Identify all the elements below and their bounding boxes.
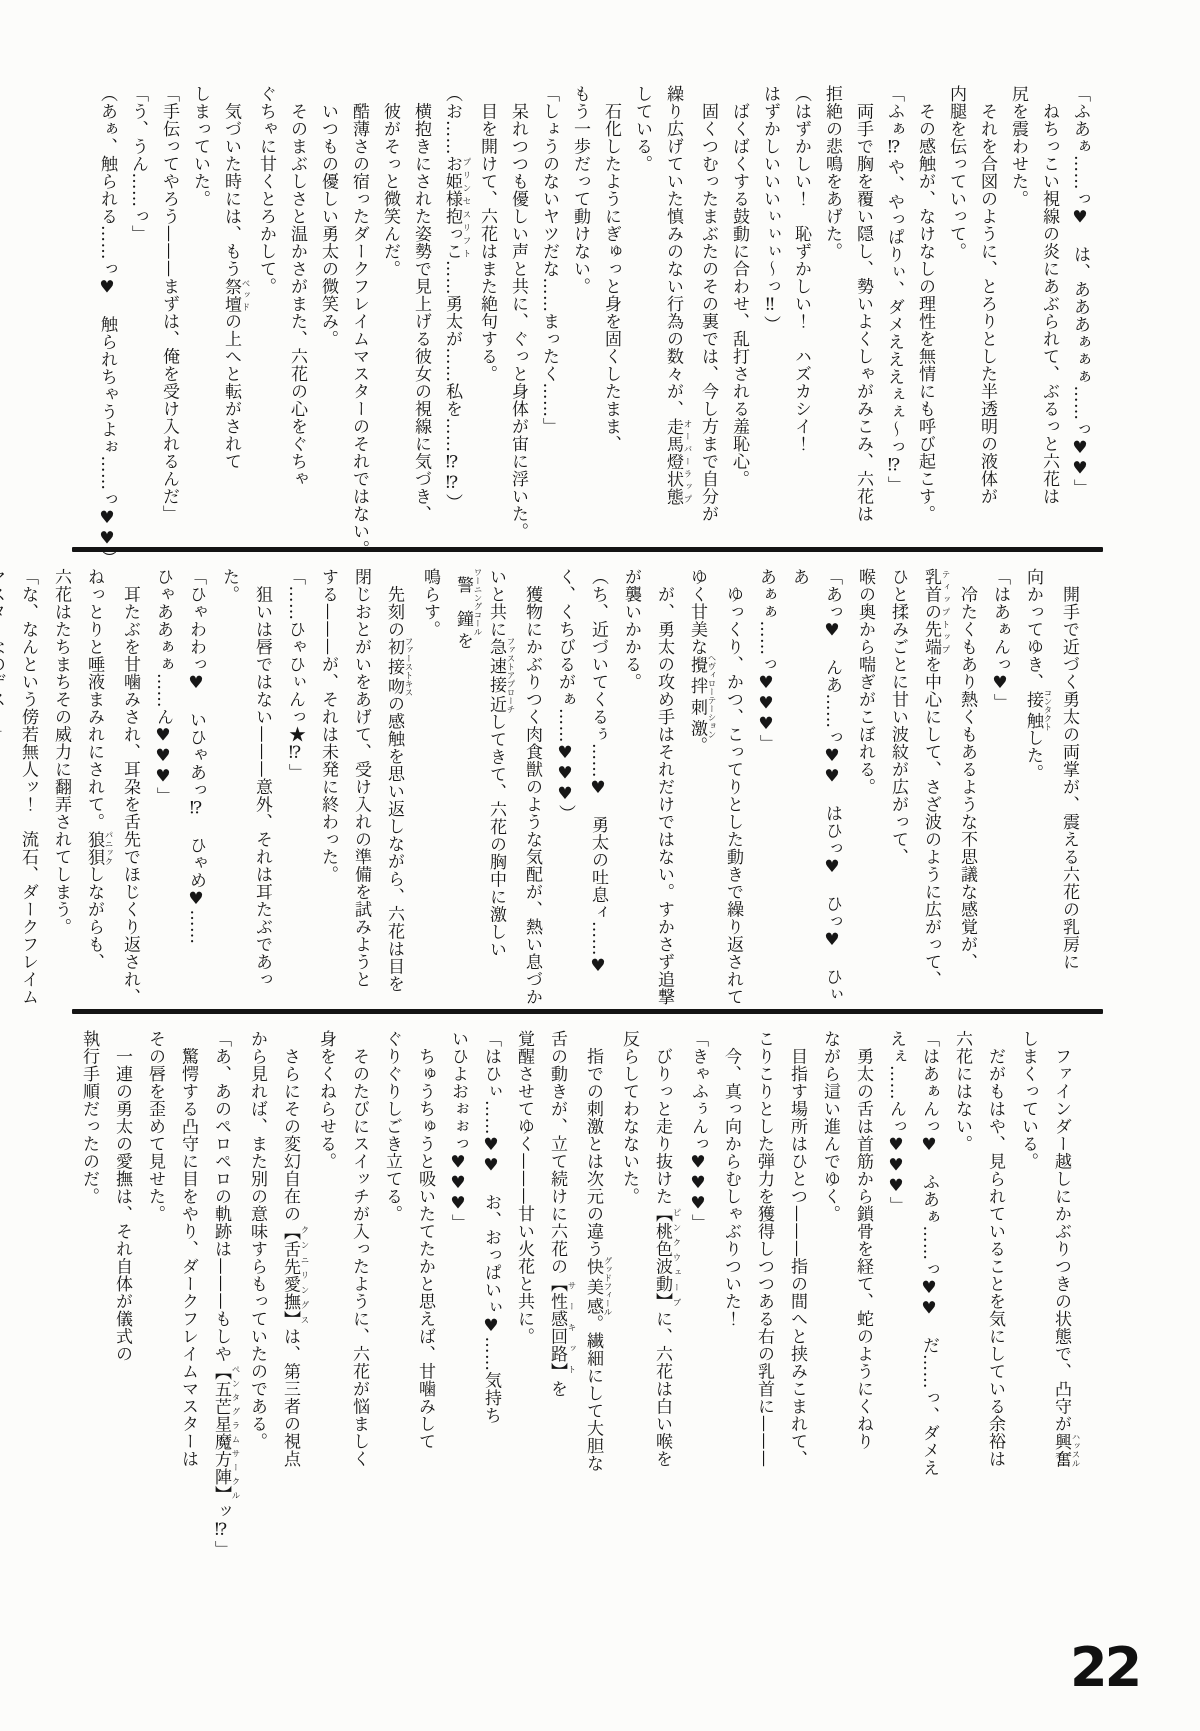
text-line: 横抱きにされた姿勢で見上げる彼女の視線に気づき、 bbox=[405, 85, 436, 567]
text-line: びりっと走り抜けた【桃色波動】ピンクウェーブに、六花は白い喉を bbox=[645, 1030, 681, 1560]
furigana-term: 【舌先愛撫】クンニリングス bbox=[280, 1223, 300, 1328]
text-line: 「しょうのないヤツだな……まったく……」 bbox=[533, 85, 564, 567]
text-line: 「はあぁんっ♥ ふあぁ……っ♥♥ だ……っ、ダメえ bbox=[912, 1030, 945, 1560]
furigana-term: 急速接近ファストアプローチ bbox=[486, 638, 506, 713]
text-line: く、くちびるがぁ……♥♥♥） bbox=[548, 568, 581, 1008]
text-line: 反らしてわなないた。 bbox=[612, 1030, 645, 1560]
text-line: （ち、近づいてくるぅ……♥ 勇太の吐息ィ……♥ bbox=[581, 568, 614, 1008]
text-line: はずかしいいいぃぃぃ～っ‼） bbox=[754, 85, 785, 567]
furigana-term: 乳首の先端ティップトップ bbox=[921, 568, 941, 656]
text-line: ファインダー越しにかぶりつきの状態で、凸守が興奮ハッスル bbox=[1044, 1030, 1080, 1560]
furigana-term: 祭壇ベッド bbox=[221, 278, 241, 313]
text-line: 目を開けて、六花はまた絶句する。 bbox=[471, 85, 502, 567]
text-line: もう一歩だって動けない。 bbox=[564, 85, 595, 567]
furigana-term: 走馬燈状態オーバーラップ bbox=[663, 418, 683, 506]
text-line: 向かってゆき、接触コンタクトした。 bbox=[1016, 568, 1052, 1008]
text-line: あぁぁ……っ♥♥♥」 bbox=[749, 568, 782, 1008]
text-line: ゆく甘美な攪拌刺激ヘヴィローテーション。 bbox=[680, 568, 716, 1008]
text-line: こりこりとした弾力を獲得しつつある右の乳首に——— bbox=[747, 1030, 780, 1560]
text-line: が、勇太の攻め手はそれだけではない。すかさず追撃 bbox=[647, 568, 680, 1008]
text-line: いと共に急速接近ファストアプローチしてきて、六花の胸中に激しい警鐘ワーニングコー… bbox=[446, 568, 515, 1008]
text-line: 舌の動きが、立て続けに六花の【性感回路】サーキットを bbox=[540, 1030, 576, 1560]
text-line: ねちっこい視線の炎にあぶられて、ぶるっと六花は bbox=[1033, 85, 1064, 567]
furigana-term: 狼狽パニック bbox=[84, 831, 104, 866]
text-line: えぇ……んっ♥♥♥」 bbox=[879, 1030, 912, 1560]
text-line: 尻を震わせた。 bbox=[1002, 85, 1033, 567]
text-line: 「あ、あのペロペロの軌跡は———もしや【五芒星魔方陣】ペンタグラムサークルッ⁉」 bbox=[204, 1030, 240, 1560]
text-line: 繰り広げていた慎みのない行為の数々が、走馬燈状態オーバーラップ bbox=[657, 85, 692, 567]
furigana-term: 快美感グッドフィール bbox=[583, 1258, 603, 1315]
text-line: 気づいた時には、もう祭壇ベッドの上へと転がされて bbox=[215, 85, 250, 567]
text-line: ひと揉みごとに甘い波紋が広がって、 bbox=[881, 568, 914, 1008]
text-line: 呆れつつも優しい声と共に、ぐっと身体が宙に浮いた。 bbox=[502, 85, 533, 567]
text-line: ゆっくり、かつ、こってりとした動きで繰り返されて bbox=[716, 568, 749, 1008]
text-line: ぐちゃに甘くとろかして。 bbox=[250, 85, 281, 567]
text-line: 驚愕する凸守に目をやり、ダークフレイムマスターは bbox=[171, 1030, 204, 1560]
furigana-term: お姫様抱っこプリンセスリフト bbox=[442, 155, 462, 260]
text-line: 「な、なんという傍若無人ッ！ 流石、ダークフレイム bbox=[11, 568, 44, 1008]
text-line: （はずかしい！ 恥ずかしい！ ハズカシイ！ bbox=[785, 85, 816, 567]
text-line: 狙いは唇ではない———意外、それは耳たぶであった。 bbox=[212, 568, 278, 1008]
text-line: ちゅうちゅうと吸いたてたかと思えば、甘噛みして bbox=[408, 1030, 441, 1560]
text-line: 「はあぁんっ♥」 bbox=[983, 568, 1016, 1008]
text-line: さらにその変幻自在の【舌先愛撫】クンニリングスは、第三者の視点 bbox=[273, 1030, 309, 1560]
text-line: ねっとりと唾液まみれにされて。狼狽パニックしながらも、 bbox=[77, 568, 113, 1008]
text-line: いひよおぉぉっ♥♥♥」 bbox=[441, 1030, 474, 1560]
text-block-1: 「ふあぁ……っ♥ は、あああぁぁぁ……っ♥♥」 ねちっこい視線の炎にあぶられて、… bbox=[91, 85, 1095, 567]
text-line: 六花はたちまちその威力に翻弄されてしまう。 bbox=[44, 568, 77, 1008]
text-line: 「ふぁ⁉や、やっぱりぃ、ダメえええぇぇ～っ⁉」 bbox=[878, 85, 909, 567]
text-line: 冷たくもあり熱くもあるような不思議な感覚が、 bbox=[950, 568, 983, 1008]
text-line: それを合図のように、とろりとした半透明の液体が bbox=[971, 85, 1002, 567]
text-line: 乳首の先端ティップトップを中心にして、さざ波のように広がって、 bbox=[914, 568, 950, 1008]
text-line: 「あっ♥ んあ……っ♥♥ はひっ♥ ひっ♥ ひぃあ bbox=[782, 568, 848, 1008]
text-line: その唇を歪めて見せた。 bbox=[138, 1030, 171, 1560]
furigana-term: 【桃色波動】ピンクウェーブ bbox=[652, 1205, 672, 1310]
text-block-2: 開手で近づく勇太の両掌が、震える六花の乳房に向かってゆき、接触コンタクトした。「… bbox=[0, 568, 1085, 1008]
text-line: 六花にはない。 bbox=[945, 1030, 978, 1560]
text-line: （お……お姫様抱っこプリンセスリフト……勇太が……私を……⁉⁉） bbox=[436, 85, 471, 567]
text-line: している。 bbox=[626, 85, 657, 567]
text-line: 勇太の舌は首筋から鎖骨を経て、蛇のようにくねり bbox=[846, 1030, 879, 1560]
text-line: 彼がそっと微笑んだ。 bbox=[374, 85, 405, 567]
furigana-term: 攪拌刺激ヘヴィローテーション bbox=[687, 656, 707, 737]
text-line: 耳たぶを甘噛みされ、耳朶を舌先でほじくり返され、 bbox=[113, 568, 146, 1008]
text-line: 「う、うん……っ」 bbox=[122, 85, 153, 567]
text-line: （あぁ、触られる……っ♥ 触られちゃうよぉ……っ♥♥） bbox=[91, 85, 122, 567]
text-line: 身をくねらせる。 bbox=[309, 1030, 342, 1560]
text-line: ばくばくする鼓動に合わせ、乱打される羞恥心。 bbox=[723, 85, 754, 567]
text-line: 閉じおとがいをあげて、受け入れの準備を試みようと bbox=[344, 568, 377, 1008]
text-line: 執行手順だったのだ。 bbox=[72, 1030, 105, 1560]
furigana-term: 【五芒星魔方陣】ペンタグラムサークル bbox=[211, 1363, 231, 1503]
text-line: 獲物にかぶりつく肉食獣のような気配が、熱い息づか bbox=[515, 568, 548, 1008]
furigana-term: 警鐘ワーニングコール bbox=[453, 568, 473, 632]
furigana-term: 興奮ハッスル bbox=[1051, 1433, 1071, 1468]
text-line: しまくっている。 bbox=[1011, 1030, 1044, 1560]
text-line: ぐりぐりしごき立てる。 bbox=[375, 1030, 408, 1560]
text-line: だがもはや、見られていることを気にしている余裕は bbox=[978, 1030, 1011, 1560]
text-line: マスターなのデス！」 bbox=[0, 568, 11, 1008]
text-line: 内腿を伝っていって。 bbox=[940, 85, 971, 567]
text-line: しまっていた。 bbox=[184, 85, 215, 567]
text-line: そのまぶしさと温かさがまた、六花の心をぐちゃ bbox=[281, 85, 312, 567]
page-number: 22 bbox=[1070, 1636, 1139, 1699]
text-line: 「ひゃわわっ♥ いひゃあっ⁉ ひゃめ♥…… bbox=[179, 568, 212, 1008]
text-line: いつもの優しい勇太の微笑み。 bbox=[312, 85, 343, 567]
text-line: 一連の勇太の愛撫は、それ自体が儀式の bbox=[105, 1030, 138, 1560]
text-line: 覚醒させてゆく———甘い火花と共に。 bbox=[507, 1030, 540, 1560]
text-line: 拒絶の悲鳴をあげた。 bbox=[816, 85, 847, 567]
text-line: 「はひぃ……♥♥ お、おっぱいぃ♥……気持ち bbox=[474, 1030, 507, 1560]
text-block-3: ファインダー越しにかぶりつきの状態で、凸守が興奮ハッスルしまくっている。 だがも… bbox=[72, 1030, 1080, 1560]
text-line: そのたびにスイッチが入ったように、六花が悩ましく bbox=[342, 1030, 375, 1560]
text-line: 固くつむったまぶたのその裏では、今し方まで自分が bbox=[692, 85, 723, 567]
furigana-term: 接触コンタクト bbox=[1023, 691, 1043, 730]
text-line: から見れば、また別の意味すらもっていたのである。 bbox=[240, 1030, 273, 1560]
text-line: 酷薄さの宿ったダークフレイムマスターのそれではない。 bbox=[343, 85, 374, 567]
text-line: が襲いかかる。 bbox=[614, 568, 647, 1008]
text-line: 「……ひゃひぃんっ★⁉」 bbox=[278, 568, 311, 1008]
text-line: する———が、それは未発に終わった。 bbox=[311, 568, 344, 1008]
text-line: 「きゃふぅんっ♥♥♥」 bbox=[681, 1030, 714, 1560]
furigana-term: 初接吻ファーストキス bbox=[384, 638, 404, 695]
text-line: 開手で近づく勇太の両掌が、震える六花の乳房に bbox=[1052, 568, 1085, 1008]
text-line: 先刻の初接吻ファーストキスの感触を思い返しながら、六花は目を bbox=[377, 568, 413, 1008]
text-line: その感触が、なけなしの理性を無情にも呼び起こす。 bbox=[909, 85, 940, 567]
text-line: 鳴らす。 bbox=[413, 568, 446, 1008]
text-line: ながら這い進んでゆく。 bbox=[813, 1030, 846, 1560]
text-line: 両手で胸を覆い隠し、勢いよくしゃがみこみ、六花は bbox=[847, 85, 878, 567]
text-line: 目指す場所はひとつ———指の間へと挟みこまれて、 bbox=[780, 1030, 813, 1560]
text-line: ひゃああぁぁ……ん♥♥♥」 bbox=[146, 568, 179, 1008]
separator-line-1 bbox=[72, 547, 1103, 552]
text-line: 指での刺激とは次元の違う快美感グッドフィール。繊細にして大胆な bbox=[576, 1030, 612, 1560]
text-line: 今、真っ向からむしゃぶりついた！ bbox=[714, 1030, 747, 1560]
text-line: 喉の奥から喘ぎがこぼれる。 bbox=[848, 568, 881, 1008]
text-line: 石化したようにぎゅっと身を固くしたまま、 bbox=[595, 85, 626, 567]
separator-line-2 bbox=[72, 1009, 1103, 1014]
furigana-term: 【性感回路】サーキット bbox=[547, 1275, 567, 1380]
text-line: 「ふあぁ……っ♥ は、あああぁぁぁ……っ♥♥」 bbox=[1064, 85, 1095, 567]
text-line: 「手伝ってやろう———まずは、俺を受け入れるんだ」 bbox=[153, 85, 184, 567]
